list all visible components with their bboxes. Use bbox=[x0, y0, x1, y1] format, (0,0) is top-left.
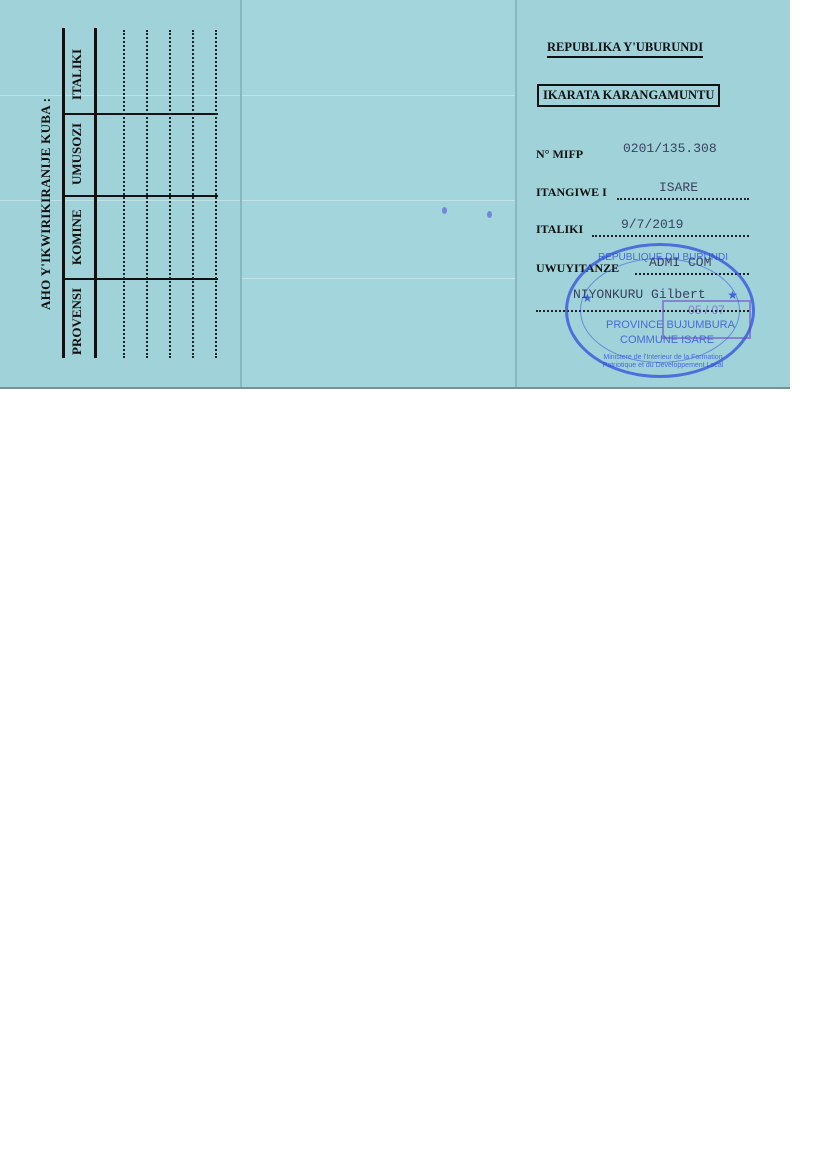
ink-mark bbox=[487, 211, 492, 218]
address-history-panel: AHO Y'IKWIRIKIRANIJE KUBA : PROVENSI KOM… bbox=[0, 0, 240, 387]
id-card: AHO Y'IKWIRIKIRANIJE KUBA : PROVENSI KOM… bbox=[0, 0, 790, 387]
row-divider bbox=[62, 113, 218, 115]
issued-at-label: ITANGIWE I bbox=[536, 185, 607, 200]
country-heading: REPUBLIKA Y'UBURUNDI bbox=[547, 40, 703, 58]
seal-top-text: REPUBLIQUE DU BURUNDI bbox=[598, 252, 728, 263]
identity-panel: REPUBLIKA Y'UBURUNDI IKARATA KARANGAMUNT… bbox=[515, 0, 792, 387]
entry-line bbox=[192, 30, 194, 358]
issued-at-line bbox=[617, 198, 749, 200]
blank-panel bbox=[240, 0, 517, 387]
entry-line bbox=[215, 30, 217, 358]
date-line bbox=[592, 235, 749, 237]
column-header-provensi: PROVENSI bbox=[69, 288, 85, 355]
row-divider bbox=[62, 195, 218, 197]
column-header-umusozi: UMUSOZI bbox=[69, 123, 85, 185]
entry-line bbox=[146, 30, 148, 358]
ink-mark bbox=[442, 207, 447, 214]
row-divider bbox=[62, 278, 218, 280]
address-section-title: AHO Y'IKWIRIKIRANIJE KUBA : bbox=[38, 98, 54, 310]
date-label: ITALIKI bbox=[536, 222, 583, 237]
column-header-italiki: ITALIKI bbox=[69, 49, 85, 100]
date-value: 9/7/2019 bbox=[621, 217, 683, 232]
column-header-komine: KOMINE bbox=[69, 209, 85, 265]
table-border-header bbox=[94, 28, 97, 358]
card-title: IKARATA KARANGAMUNTU bbox=[537, 84, 720, 107]
table-border-left bbox=[62, 28, 65, 358]
seal-ministry: Ministere de l'Interieur de la Formation… bbox=[588, 354, 738, 370]
entry-line bbox=[123, 30, 125, 358]
issued-at-value: ISARE bbox=[659, 180, 698, 195]
star-icon: ★ bbox=[582, 291, 593, 306]
entry-line bbox=[169, 30, 171, 358]
mifp-value: 0201/135.308 bbox=[623, 141, 717, 156]
mifp-label: N° MIFP bbox=[536, 147, 583, 162]
date-stamp: 05 / 07 bbox=[662, 300, 751, 339]
